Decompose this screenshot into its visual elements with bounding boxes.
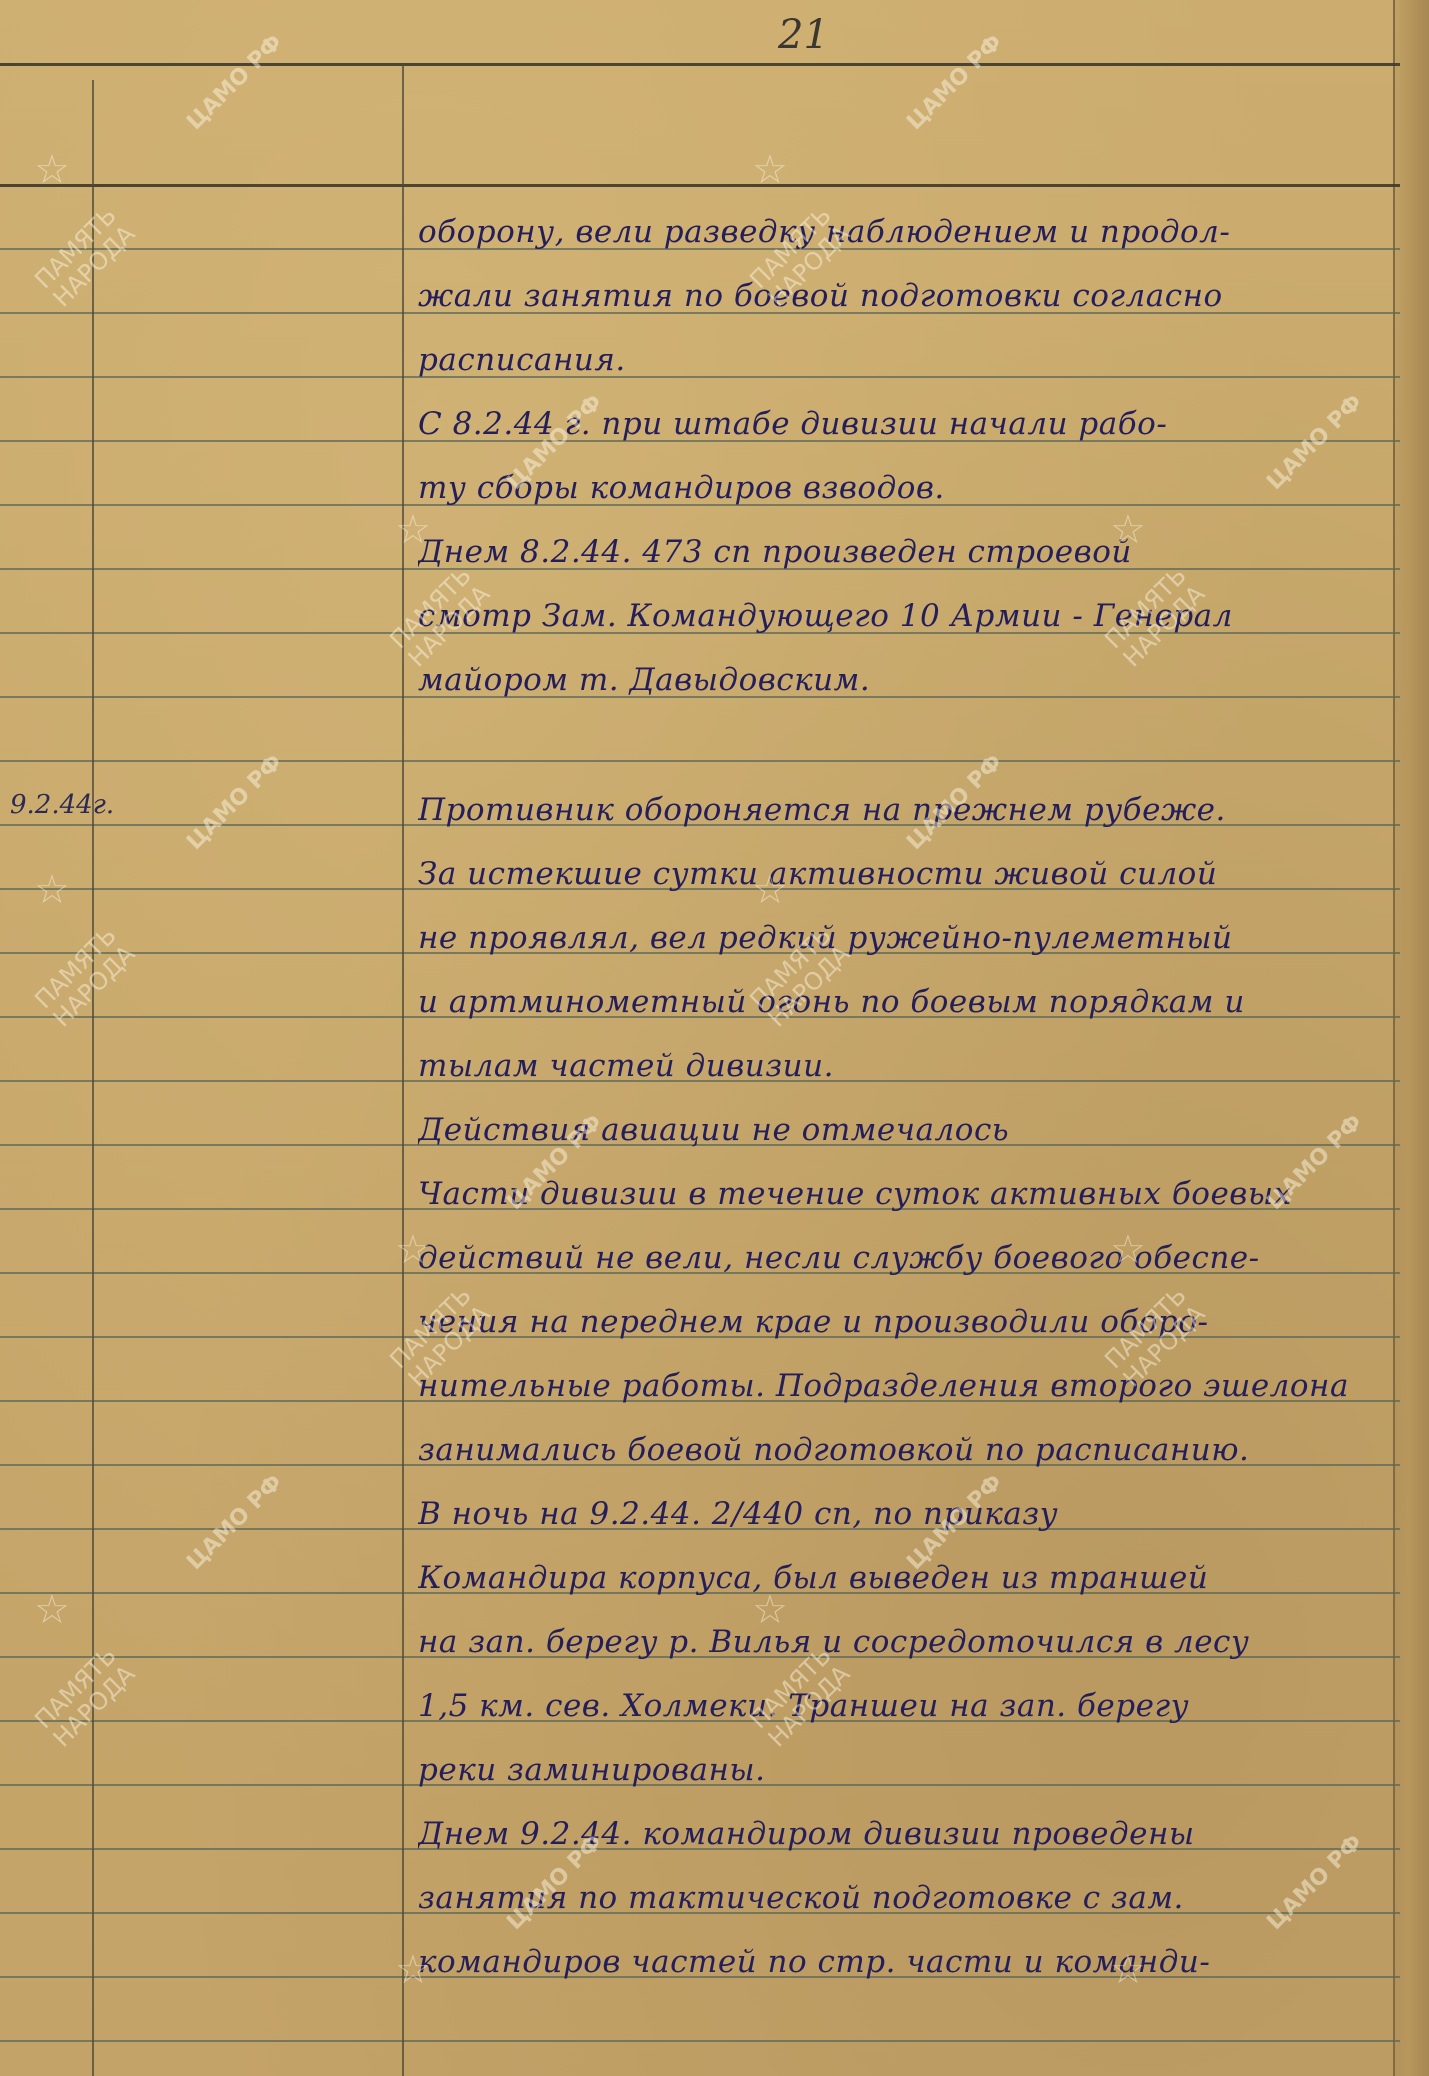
watermark-project: ПАМЯТЬ НАРОДА — [30, 1642, 140, 1752]
text-line: Днем 9.2.44. командиром дивизии проведен… — [418, 1814, 1388, 1854]
text-line: жали занятия по боевой подготовки соглас… — [418, 276, 1388, 316]
text-line: командиров частей по стр. части и команд… — [418, 1942, 1388, 1982]
text-line: тылам частей дивизии. — [418, 1046, 1388, 1086]
ruled-line — [0, 760, 1400, 762]
text-line: реки заминированы. — [418, 1750, 1388, 1790]
star-icon: ☆ — [34, 150, 74, 190]
header-rule-bottom — [0, 184, 1400, 187]
text-line: смотр Зам. Командующего 10 Армии - Генер… — [418, 596, 1388, 636]
text-line: чения на переднем крае и производили обо… — [418, 1302, 1388, 1342]
star-icon: ☆ — [752, 150, 792, 190]
page-number: 21 — [778, 12, 829, 58]
watermark-archive: ЦАМО РФ — [182, 30, 287, 135]
text-line: майором т. Давыдовским. — [418, 660, 1388, 700]
text-line: Противник обороняется на прежнем рубеже. — [418, 790, 1388, 830]
archival-page: 21 9.2.44г. оборону, вели разведку наблю… — [0, 0, 1429, 2076]
star-icon: ☆ — [34, 870, 74, 910]
text-line: оборону, вели разведку наблюдением и про… — [418, 212, 1388, 252]
text-line: Днем 8.2.44. 473 сп произведен строевой — [418, 532, 1388, 572]
text-line: 1,5 км. сев. Холмеки. Траншеи на зап. бе… — [418, 1686, 1388, 1726]
star-icon: ☆ — [395, 1950, 435, 1990]
star-icon: ☆ — [1110, 1230, 1150, 1270]
watermark-archive: ЦАМО РФ — [902, 30, 1007, 135]
text-line: не проявлял, вел редкий ружейно-пулеметн… — [418, 918, 1388, 958]
star-icon: ☆ — [1110, 1950, 1150, 1990]
header-rule-top — [0, 63, 1400, 66]
text-line: расписания. — [418, 340, 1388, 380]
star-icon: ☆ — [395, 510, 435, 550]
watermark-archive: ЦАМО РФ — [182, 1470, 287, 1575]
star-icon: ☆ — [752, 870, 792, 910]
text-line: Части дивизии в течение суток активных б… — [418, 1174, 1388, 1214]
watermark-archive: ЦАМО РФ — [182, 750, 287, 855]
text-line: занимались боевой подготовкой по расписа… — [418, 1430, 1388, 1470]
star-icon: ☆ — [34, 1590, 74, 1630]
star-icon: ☆ — [1110, 510, 1150, 550]
star-icon: ☆ — [752, 1590, 792, 1630]
text-line: нительные работы. Подразделения второго … — [418, 1366, 1388, 1406]
text-line: В ночь на 9.2.44. 2/440 сп, по приказу — [418, 1494, 1388, 1534]
text-line: и артминометный огонь по боевым порядкам… — [418, 982, 1388, 1022]
watermark-project: ПАМЯТЬ НАРОДА — [30, 202, 140, 312]
column-divider-left — [92, 80, 94, 2076]
text-line: действий не вели, несли службу боевого о… — [418, 1238, 1388, 1278]
text-line: ту сборы командиров взводов. — [418, 468, 1388, 508]
ruled-line — [0, 2040, 1400, 2042]
text-line: Командира корпуса, был выведен из транше… — [418, 1558, 1388, 1598]
text-line: За истекшие сутки активности живой силой — [418, 854, 1388, 894]
column-divider-main — [402, 63, 404, 2076]
entry-date: 9.2.44г. — [10, 790, 114, 820]
text-line: на зап. берегу р. Вилья и сосредоточился… — [418, 1622, 1388, 1662]
star-icon: ☆ — [395, 1230, 435, 1270]
